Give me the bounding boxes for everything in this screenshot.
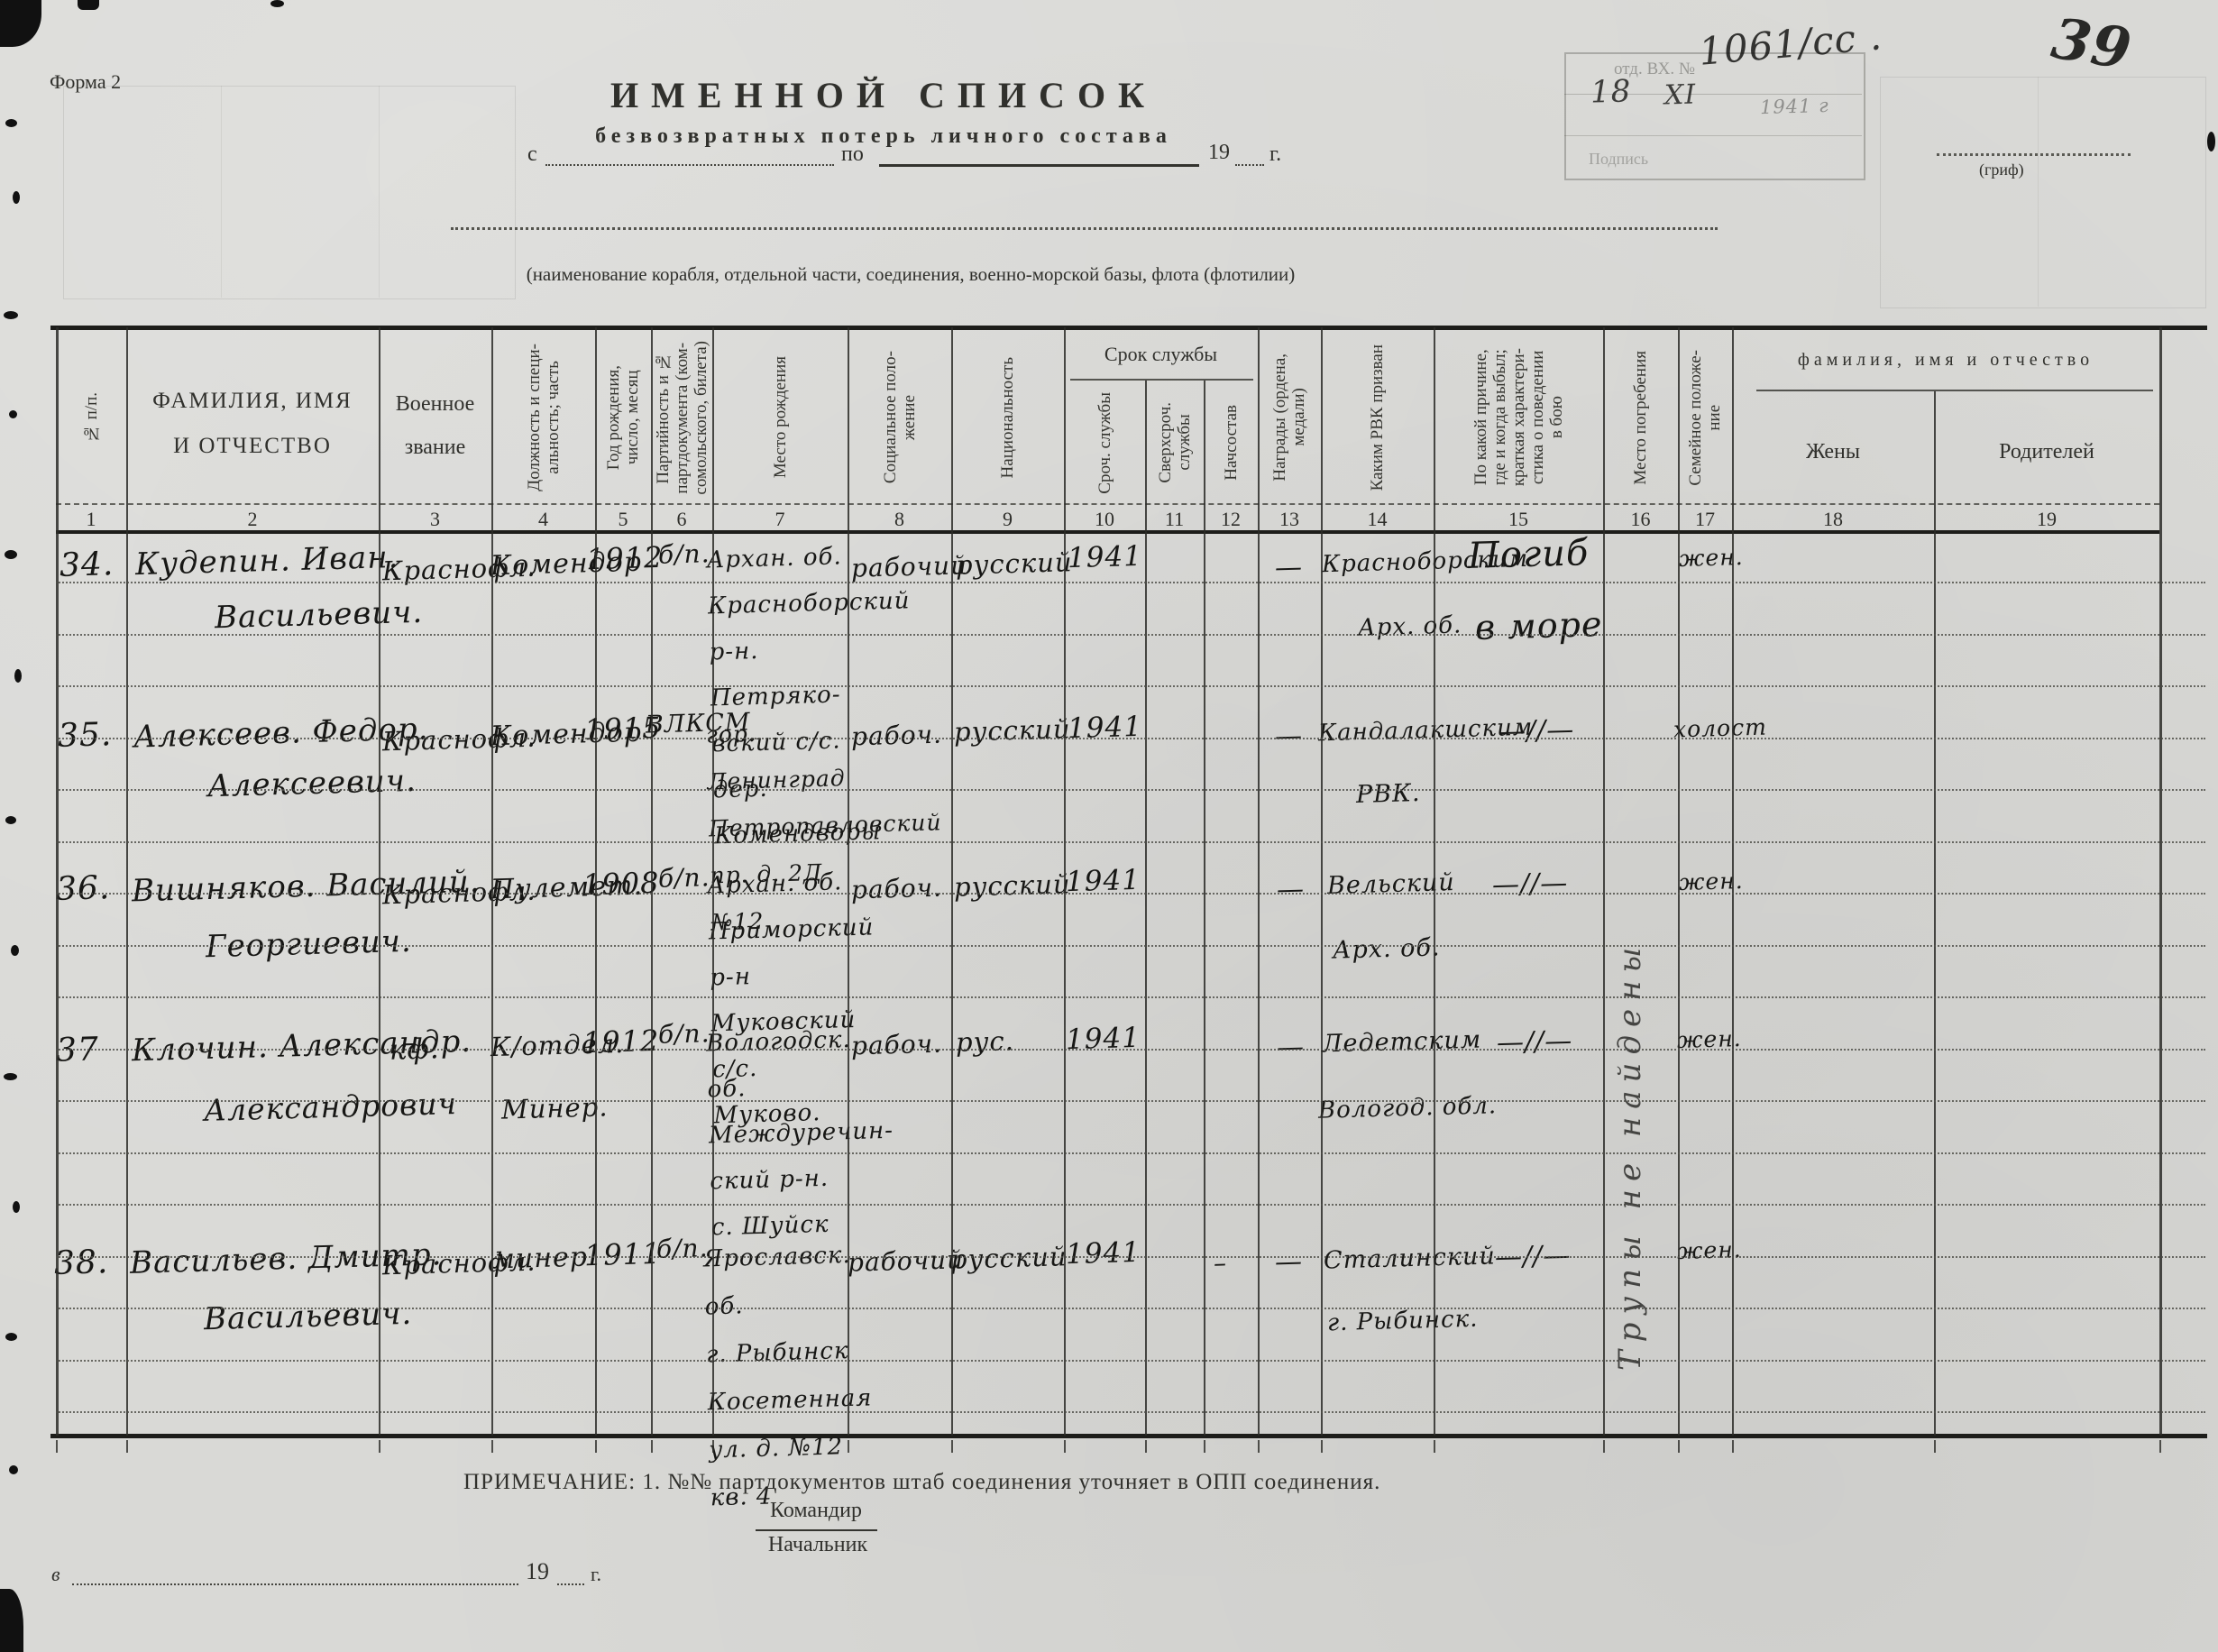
- column-tick: [651, 1440, 653, 1453]
- guide-dotted-line: [56, 738, 2205, 739]
- row-award: —: [1275, 1246, 1304, 1279]
- bleedthrough-box: [63, 86, 516, 299]
- col-header-18: Жены: [1732, 440, 1934, 464]
- col-header-14-label: Каким РВК призван: [1368, 344, 1387, 491]
- col-header-13-label: Награды (ордена, медали): [1270, 353, 1308, 482]
- group-header-service: Срок службы: [1064, 343, 1258, 366]
- row-rvk-2: Вологод. обл.: [1318, 1092, 1498, 1124]
- column-tick: [379, 1440, 380, 1453]
- guide-dotted-line: [56, 1360, 2205, 1362]
- column-tick: [1732, 1440, 1734, 1453]
- row-party: б/п.: [658, 1018, 710, 1050]
- guide-dotted-line: [56, 789, 2205, 791]
- col-header-8-label: Социальное поло- жение: [881, 351, 919, 483]
- row-rvk-2: г. Рыбинск.: [1327, 1306, 1479, 1337]
- row-birth-year: 1912: [582, 1023, 659, 1060]
- row-service-year: 1941: [1066, 1022, 1141, 1056]
- column-tick: [712, 1440, 714, 1453]
- col-header-3: Военное звание: [379, 382, 491, 469]
- column-tick: [1678, 1440, 1680, 1453]
- column-tick: [56, 1440, 58, 1453]
- column-tick: [1064, 1440, 1066, 1453]
- date-to-line: [879, 164, 1199, 167]
- row-service-year: 1941: [1068, 540, 1143, 574]
- row-fate: —//—: [1492, 867, 1569, 901]
- col-num-5: 5: [595, 508, 651, 531]
- column-line: [1204, 381, 1205, 1436]
- row-social: рабоч.: [851, 873, 943, 905]
- row-party: б/п.: [658, 862, 710, 894]
- column-tick: [1321, 1440, 1323, 1453]
- col-num-3: 3: [379, 508, 491, 531]
- col-header-7-label: Место рождения: [771, 356, 790, 478]
- column-tick: [2159, 1440, 2161, 1453]
- guide-dotted-line: [56, 1204, 2205, 1206]
- row-number: 38.: [53, 1244, 108, 1282]
- date-year-line: [1235, 164, 1264, 166]
- scan-speck: [13, 1201, 20, 1213]
- col-header-14: Каким РВК призван: [1321, 335, 1434, 500]
- scanned-casualty-list-page: Форма 2 ИМЕННОЙ СПИСОК безвозвратных пот…: [0, 0, 2218, 1652]
- row-social: рабочий: [851, 550, 968, 583]
- guide-dotted-line: [56, 841, 2205, 843]
- row-fate-2: в море: [1474, 604, 1603, 647]
- column-tick: [1204, 1440, 1205, 1453]
- col-num-10: 10: [1064, 508, 1145, 531]
- column-tick: [491, 1440, 493, 1453]
- table-row: 34. Кудепин. Иван. Васильевич. Краснофл.…: [0, 534, 2218, 714]
- col-header-6: Партийность и № партдокумента (ком- сомо…: [651, 335, 712, 500]
- bottom-line: [72, 1583, 518, 1585]
- column-line: [2159, 327, 2162, 1436]
- bottom-year-line: [557, 1583, 584, 1585]
- col-header-19: Родителей: [1934, 440, 2159, 464]
- date-from-label: с: [527, 142, 537, 167]
- bleedthrough-line: [379, 86, 380, 298]
- col-header-8: Социальное поло- жение: [848, 335, 951, 500]
- scan-speck: [4, 1073, 17, 1080]
- row-nationality: рус.: [956, 1025, 1015, 1058]
- guide-dotted-line: [56, 1308, 2205, 1309]
- column-line: [1732, 327, 1734, 1436]
- col-header-12-label: Начсостав: [1222, 405, 1241, 481]
- column-line: [1064, 327, 1066, 1436]
- row-number: 34.: [59, 546, 114, 584]
- column-tick: [951, 1440, 953, 1453]
- page-number: 39: [2048, 5, 2137, 83]
- row-name: Кудепин. Иван.: [134, 539, 399, 583]
- row-award: —: [1277, 1032, 1306, 1064]
- row-fate: Погиб: [1467, 532, 1590, 577]
- col-header-7: Место рождения: [712, 335, 848, 500]
- guide-dotted-line: [56, 685, 2205, 687]
- row-social: рабоч.: [851, 1029, 943, 1061]
- col-header-9: Национальность: [951, 335, 1064, 500]
- bottom-year: 19: [526, 1558, 549, 1585]
- row-party: б/п.: [656, 1233, 709, 1264]
- row-number: 35.: [57, 716, 112, 755]
- group-service-rule: [1070, 379, 1253, 381]
- col-header-15-label: По какой причине, где и когда выбыл; кра…: [1471, 348, 1566, 486]
- col-num-18: 18: [1732, 508, 1934, 531]
- col-num-8: 8: [848, 508, 951, 531]
- row-rvk-2: РВК.: [1356, 779, 1421, 809]
- guide-dotted-line: [56, 1049, 2205, 1051]
- table-row: 36. Вишняков. Василий. Георгиевич. Красн…: [0, 861, 2218, 1019]
- col-header-9-label: Национальность: [998, 357, 1017, 478]
- column-line: [1258, 327, 1260, 1436]
- row-fate: —//—: [1499, 714, 1575, 748]
- row-service-year: 1941: [1068, 711, 1143, 745]
- column-line: [1434, 327, 1435, 1436]
- col-header-11: Сверхсроч. службы: [1145, 386, 1204, 500]
- col-num-14: 14: [1321, 508, 1434, 531]
- group-fio-rule: [1756, 390, 2153, 391]
- col-header-12: Начсостав: [1204, 386, 1258, 500]
- bottom-v-label: в: [51, 1563, 60, 1586]
- column-tick: [848, 1440, 849, 1453]
- grif-line: [1937, 153, 2131, 156]
- col-header-13: Награды (ордена, медали): [1258, 335, 1321, 500]
- table-top-border: [50, 326, 2207, 330]
- row-duty-2: Минер.: [501, 1091, 609, 1124]
- column-tick: [1145, 1440, 1147, 1453]
- scan-speck: [270, 0, 284, 7]
- group-header-fio: фамилия, имя и отчество: [1732, 350, 2159, 371]
- column-line: [56, 327, 59, 1436]
- row-nationality: русский: [956, 546, 1073, 581]
- col-header-17-label: Семейное положе- ние: [1686, 350, 1724, 486]
- row-nationality: русский: [954, 868, 1071, 903]
- bleedthrough-box: [1880, 77, 2206, 308]
- col-header-15: По какой причине, где и когда выбыл; кра…: [1434, 335, 1603, 500]
- col-num-17: 17: [1678, 508, 1732, 531]
- col-num-4: 4: [491, 508, 595, 531]
- row-award: —: [1275, 720, 1304, 753]
- row-duty: минер: [492, 1242, 589, 1276]
- scan-speck: [5, 816, 16, 824]
- commander-label: Командир: [762, 1499, 870, 1523]
- col-header-4: Должность и специ- альность; часть: [491, 335, 595, 500]
- column-line: [712, 327, 714, 1436]
- column-tick: [1434, 1440, 1435, 1453]
- stamp-rule: [1564, 135, 1862, 136]
- col-header-2: ФАМИЛИЯ, ИМЯ И ОТЧЕСТВО: [126, 379, 379, 469]
- col-num-6: 6: [651, 508, 712, 531]
- date-year-prefix: 19: [1208, 141, 1230, 165]
- row-party: б/п.: [658, 538, 710, 570]
- bleedthrough-line: [2038, 77, 2039, 307]
- guide-dotted-line: [56, 1100, 2205, 1102]
- column-line: [491, 327, 493, 1436]
- guide-dotted-line: [56, 582, 2205, 583]
- col-num-13: 13: [1258, 508, 1321, 531]
- column-line: [1321, 327, 1323, 1436]
- row-rvk: Вельский: [1327, 868, 1456, 900]
- guide-dotted-line: [56, 893, 2205, 895]
- row-family: жен.: [1679, 544, 1744, 572]
- column-line: [595, 327, 597, 1436]
- row-patronymic: Георгиевич.: [205, 923, 412, 965]
- col-num-12: 12: [1204, 508, 1258, 531]
- col-num-11: 11: [1145, 508, 1204, 531]
- stamp-sign-label: Подпись: [1589, 150, 1648, 169]
- stamp-month: XI: [1664, 79, 1697, 112]
- guide-dotted-line: [56, 634, 2205, 636]
- page-title: ИМЕННОЙ СПИСОК: [523, 74, 1244, 116]
- scan-speck: [9, 1465, 18, 1474]
- row-dash: –: [1214, 1248, 1228, 1278]
- row-family: жен.: [1679, 867, 1744, 895]
- row-number: 36.: [55, 869, 110, 908]
- column-tick: [1603, 1440, 1605, 1453]
- row-nationality: русский: [950, 1241, 1068, 1275]
- column-tick: [1258, 1440, 1260, 1453]
- col-num-7: 7: [712, 508, 848, 531]
- grif-caption: (гриф): [1979, 161, 2024, 179]
- scan-speck: [14, 669, 22, 683]
- row-rvk-2: Арх. об.: [1333, 933, 1441, 964]
- stamp-day: 18: [1590, 73, 1631, 110]
- col-num-19: 19: [1934, 508, 2159, 531]
- row-nationality: русский: [954, 713, 1071, 748]
- col-header-6-label: Партийность и № партдокумента (ком- сомо…: [654, 341, 710, 495]
- column-line: [1678, 327, 1680, 1436]
- col-num-16: 16: [1603, 508, 1678, 531]
- guide-dotted-line: [56, 1152, 2205, 1154]
- row-patronymic: Васильевич.: [214, 594, 423, 636]
- unit-name-rule: [451, 227, 1718, 230]
- date-to-label: по: [841, 142, 864, 167]
- row-fate: —//—: [1497, 1025, 1573, 1059]
- table-row: 35. Алексеев. Федор. Алексеевич. Красноф…: [0, 710, 2218, 863]
- col-header-1-label: № п/п.: [82, 392, 101, 443]
- row-social: рабоч.: [851, 720, 943, 752]
- bleedthrough-line: [221, 86, 222, 298]
- scan-speck: [9, 410, 17, 418]
- row-rvk: Сталинский: [1324, 1242, 1497, 1274]
- guide-dotted-line: [56, 1256, 2205, 1258]
- bottom-g-label: г.: [591, 1563, 601, 1586]
- unit-caption: (наименование корабля, отдельной части, …: [460, 263, 1361, 286]
- table-row: 38. Васильев. Дмитр. Васильевич. Красноф…: [0, 1234, 2218, 1436]
- date-from-line: [545, 164, 834, 166]
- scan-speck: [5, 119, 17, 127]
- column-line: [651, 327, 653, 1436]
- col-header-16-label: Место погребения: [1631, 351, 1650, 485]
- number-row-separator: [56, 503, 2159, 505]
- stamp-year: 1941 г: [1760, 95, 1829, 118]
- column-tick: [1934, 1440, 1936, 1453]
- column-line: [126, 327, 128, 1436]
- col-header-4-label: Должность и специ- альность; часть: [525, 344, 563, 491]
- scan-speck: [4, 311, 18, 319]
- col-num-9: 9: [951, 508, 1064, 531]
- scan-speck: [13, 191, 20, 204]
- chief-label: Начальник: [759, 1533, 876, 1557]
- column-line: [1145, 381, 1147, 1436]
- col-num-1: 1: [56, 508, 126, 531]
- col-num-15: 15: [1434, 508, 1603, 531]
- col-header-11-label: Сверхсроч. службы: [1156, 402, 1194, 483]
- column-tick: [126, 1440, 128, 1453]
- row-award: —: [1275, 552, 1304, 584]
- commander-rule: [756, 1529, 877, 1531]
- scan-speck: [2207, 132, 2215, 151]
- row-birthplace: Вологодск. об. Междуречин- ский р-н. с. …: [705, 1017, 869, 1252]
- row-rvk: Ледетским: [1322, 1026, 1482, 1059]
- col-header-5: Год рождения, число, месяц: [595, 335, 651, 500]
- date-year-suffix: г.: [1269, 142, 1281, 167]
- scan-blotch: [0, 1589, 23, 1652]
- column-line: [848, 327, 849, 1436]
- table-row: 37 Клочин. Александр. Александрович кф. …: [0, 1019, 2218, 1231]
- col-header-1: № п/п.: [56, 335, 126, 500]
- col-header-10-label: Сроч. службы: [1095, 392, 1114, 494]
- column-line: [379, 327, 380, 1436]
- scan-speck: [5, 1333, 17, 1341]
- column-line: [951, 327, 953, 1436]
- row-patronymic: Васильевич.: [203, 1296, 412, 1337]
- guide-dotted-line: [56, 945, 2205, 947]
- col-header-10: Сроч. службы: [1064, 386, 1145, 500]
- column-line: [1603, 327, 1605, 1436]
- guide-dotted-line: [56, 1411, 2205, 1413]
- guide-dotted-line: [56, 996, 2205, 998]
- scan-blotch: [0, 0, 41, 47]
- scan-speck: [11, 945, 19, 956]
- row-rvk-2: Арх. об.: [1358, 611, 1462, 641]
- column-tick: [595, 1440, 597, 1453]
- scan-speck: [5, 550, 17, 559]
- scan-speck: [78, 0, 99, 10]
- col-num-2: 2: [126, 508, 379, 531]
- row-patronymic: Алексеевич.: [206, 763, 417, 804]
- row-social: рабочий: [848, 1244, 965, 1278]
- col-header-17: Семейное положе- ние: [1678, 335, 1732, 500]
- col-header-16: Место погребения: [1603, 335, 1678, 500]
- column-line: [1934, 391, 1936, 1436]
- col-header-5-label: Год рождения, число, месяц: [604, 365, 642, 470]
- form-label: Форма 2: [50, 70, 121, 94]
- page-subtitle: безвозвратных потерь личного состава: [523, 124, 1244, 149]
- note-text: ПРИМЕЧАНИЕ: 1. №№ партдокументов штаб со…: [463, 1470, 1380, 1495]
- row-birth-year: 1908: [582, 866, 659, 902]
- row-patronymic: Александрович: [204, 1086, 458, 1128]
- row-award: —: [1277, 874, 1306, 906]
- row-service-year: 1941: [1066, 1236, 1141, 1271]
